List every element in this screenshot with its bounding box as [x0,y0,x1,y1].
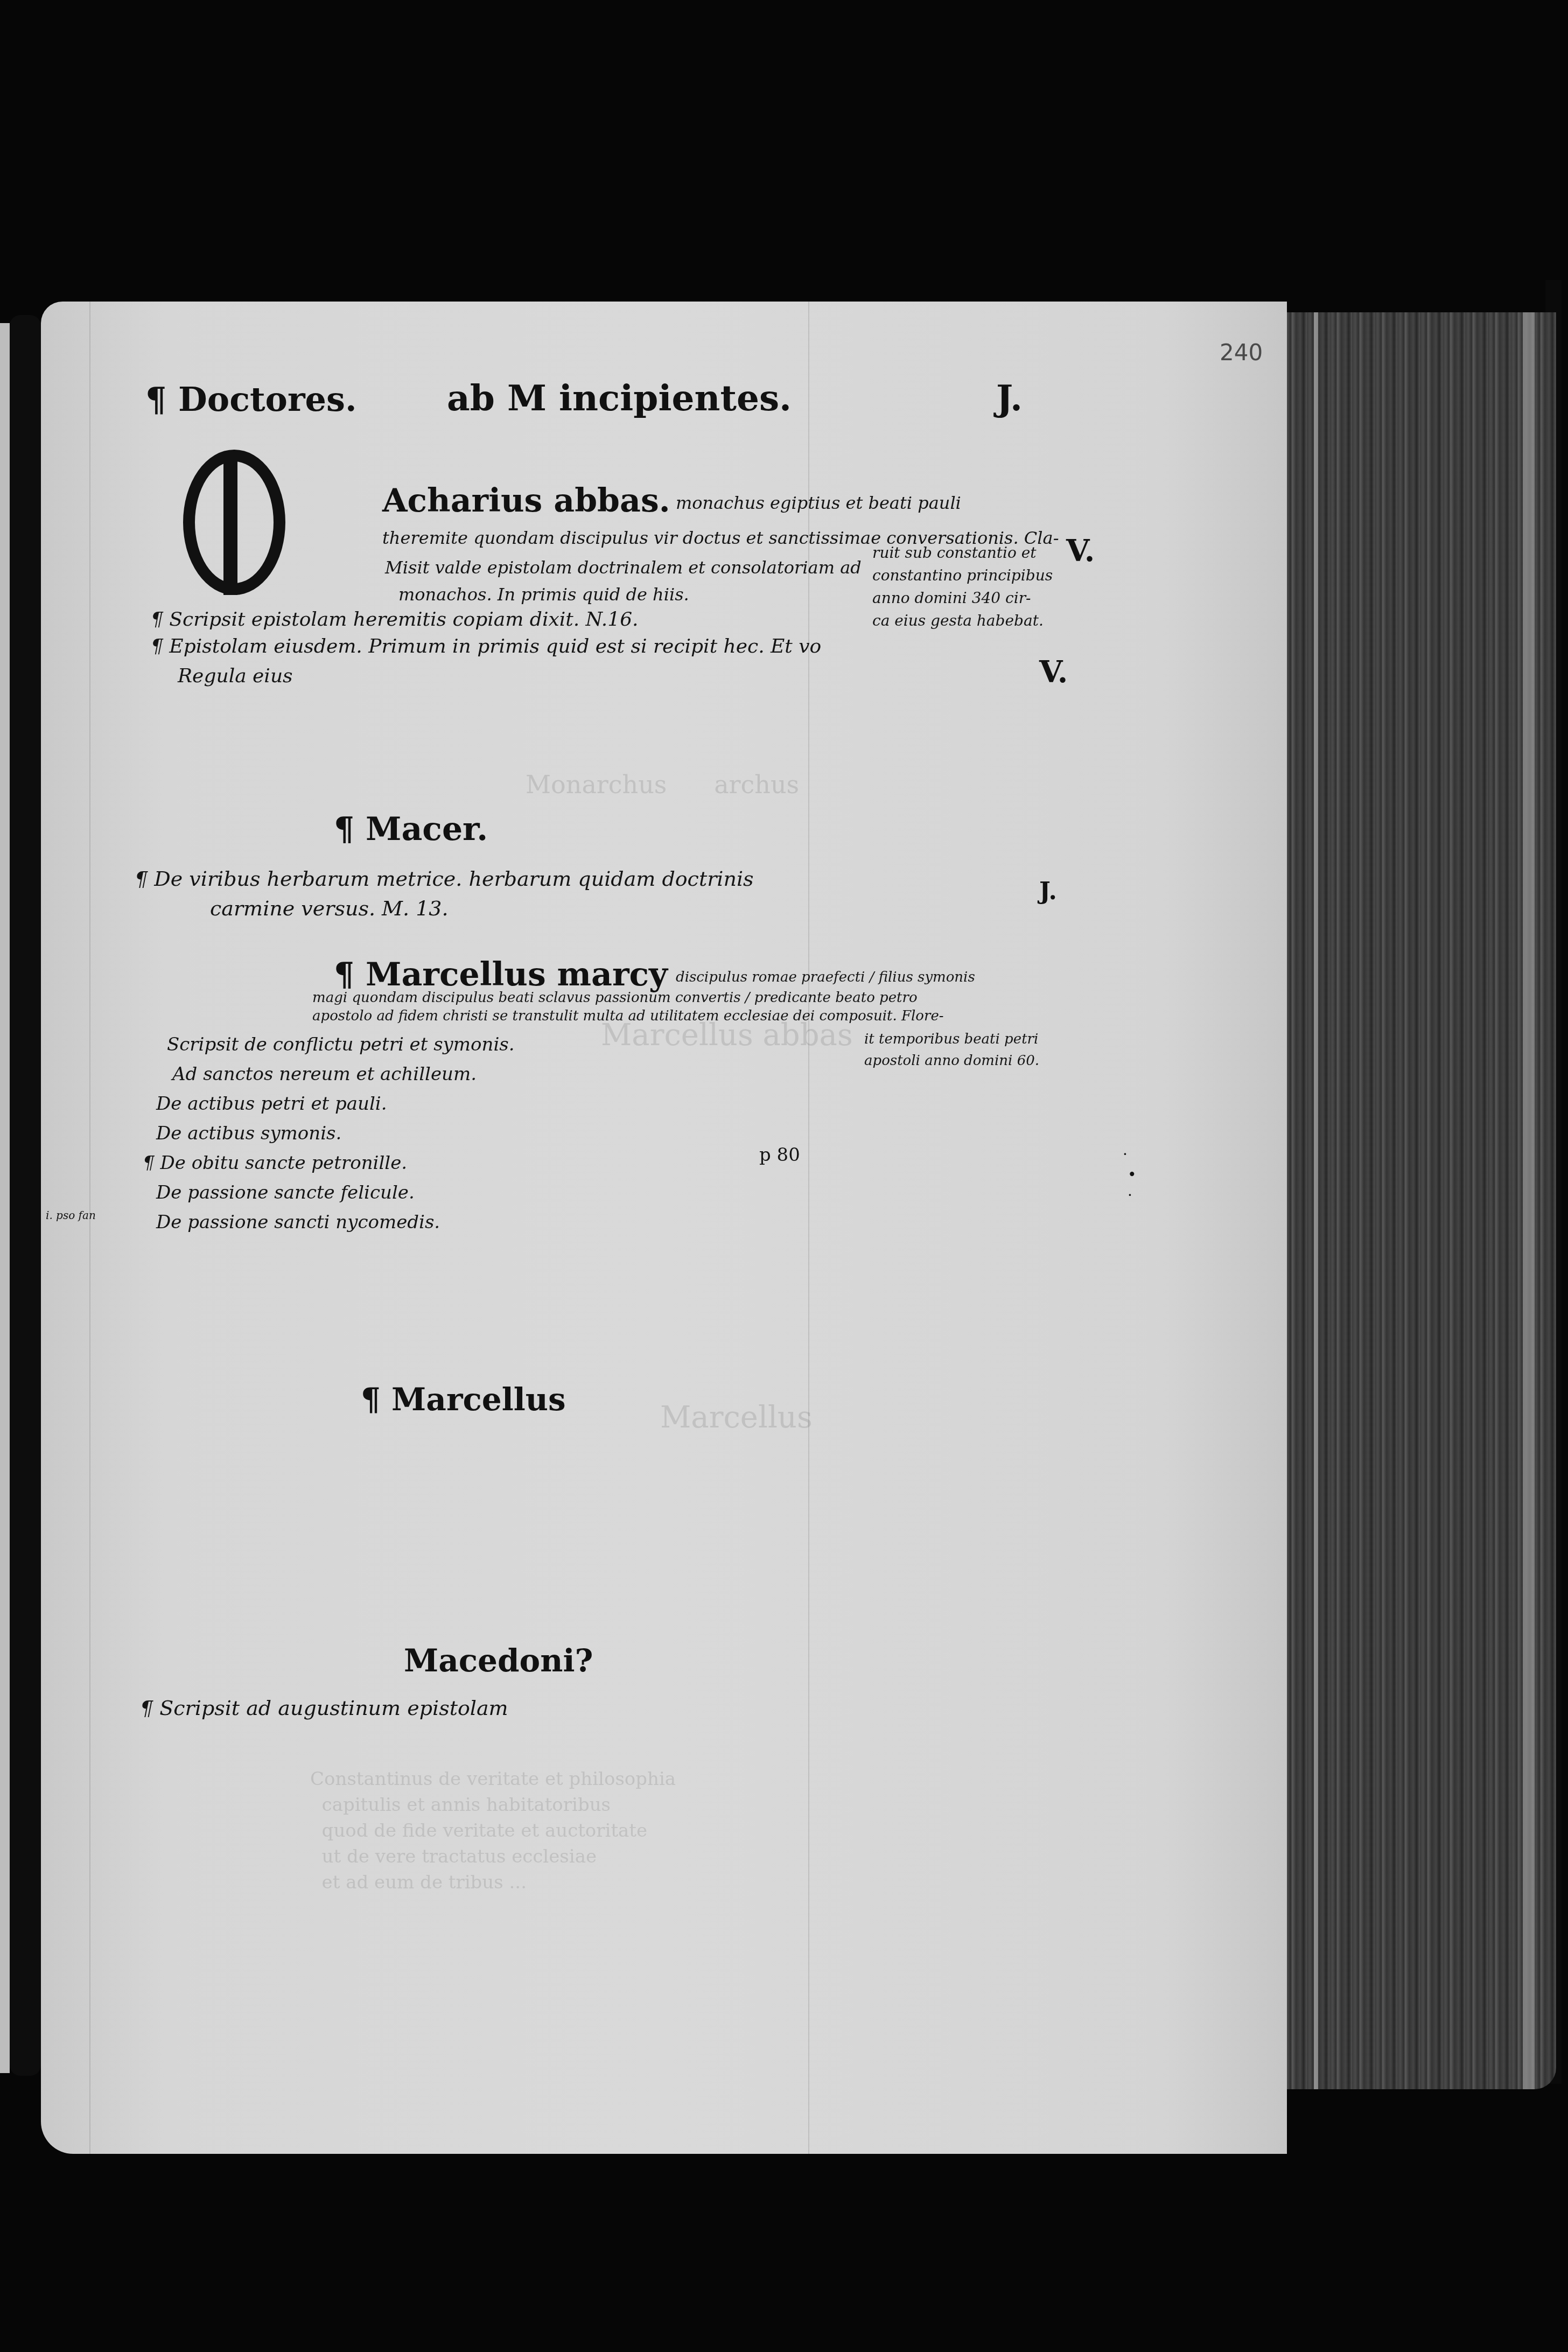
bleed-through-text: Constantinus de veritate et philosophia … [310,1766,676,1895]
entry-text-line: monachus egiptius et beati pauli [676,493,961,513]
page-ruling [89,302,90,2154]
entry-heading-macer: ¶ Macer. [334,810,488,848]
margin-marker-v: V. [1039,654,1068,690]
decorated-initial-M [178,460,388,595]
entry-sub-line: ¶ Epistolam eiusdem. Primum in primis qu… [151,635,821,657]
bleed-through-text: Monarchus archus [526,770,799,799]
entry-heading-continuation: discipulus romae praefecti / filius symo… [676,969,975,985]
gutter-binding [10,315,41,2076]
margin-dots: · • · [1123,1144,1136,1206]
entry-text-line: carmine versus. M. 13. [210,897,449,920]
margin-note-right: it temporibus beati petri [864,1031,1038,1047]
margin-note-right: ruit sub constantio et [872,544,1036,562]
margin-note-right: anno domini 340 cir- [872,589,1031,607]
facing-page-edge [0,323,10,2073]
page-reference: p 80 [759,1144,800,1166]
folio-number: 240 [1220,339,1263,366]
work-title: De actibus petri et pauli. [156,1093,387,1115]
running-header-right: J. [996,377,1023,419]
entry-text-line: ¶ Scripsit ad augustinum epistolam [140,1696,508,1720]
margin-note-right: constantino principibus [872,566,1053,584]
margin-note-right: ca eius gesta habebat. [872,612,1044,629]
work-title: ¶ De obitu sancte petronille. [143,1152,407,1174]
work-title: De actibus symonis. [156,1123,341,1144]
entry-heading-macharius: Acharius abbas. [382,482,670,520]
entry-text-line: ¶ De viribus herbarum metrice. herbarum … [135,867,754,891]
fore-edge-page-stack [1284,312,1556,2089]
entry-heading-macedonius: Macedoni? [404,1642,593,1679]
entry-heading-marcellus-marcy: ¶ Marcellus marcy [334,956,668,993]
work-title: Scripsit de conflictu petri et symonis. [167,1034,515,1055]
initial-stem [223,455,237,595]
work-title: Ad sanctos nereum et achilleum. [172,1063,477,1085]
entry-sub-line: ¶ Scripsit epistolam heremitis copiam di… [151,608,638,631]
running-header-left: ¶ Doctores. [145,380,357,419]
entry-text-line: Misit valde epistolam doctrinalem et con… [385,557,862,578]
margin-note-right: apostoli anno domini 60. [864,1053,1039,1069]
entry-text-line: magi quondam discipulus beati sclavus pa… [312,990,918,1006]
entry-text-line: apostolo ad fidem christi se transtulit … [312,1008,944,1024]
margin-note-left: i. pso fan [46,1209,96,1222]
running-header-center: ab M incipientes. [447,377,792,419]
work-title: De passione sancti nycomedis. [156,1212,440,1233]
entry-text-line: monachos. In primis quid de hiis. [398,584,689,605]
bleed-through-text: Marcellus [660,1400,813,1435]
page-ruling [808,302,809,2154]
margin-marker-v: V. [1066,533,1095,569]
entry-heading-marcellus: ¶ Marcellus [361,1381,566,1418]
entry-sub-line: Regula eius [178,665,293,687]
margin-marker-j: J. [1039,878,1057,905]
work-title: De passione sancte felicule. [156,1182,415,1203]
